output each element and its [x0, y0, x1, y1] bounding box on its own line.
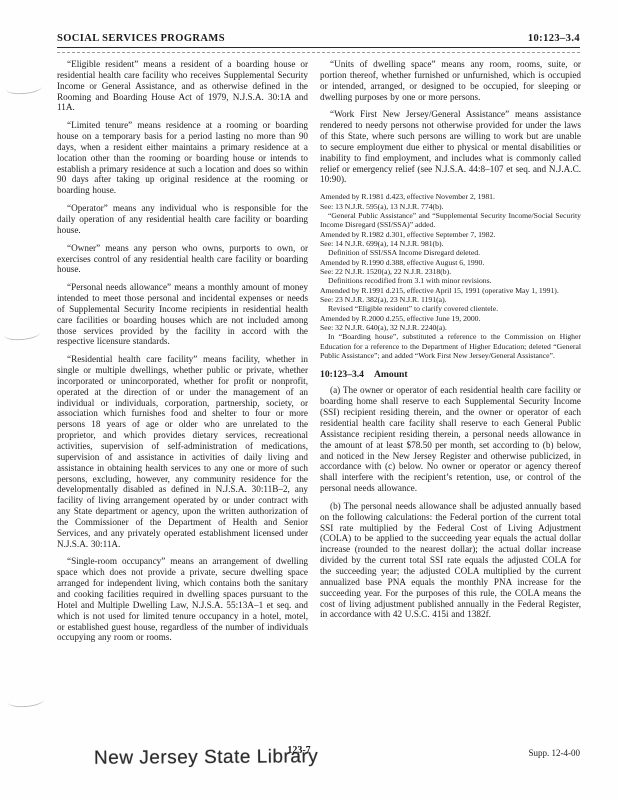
- definition-residential-health-care-facility: “Residential health care facility” means…: [57, 354, 308, 549]
- definition-eligible-resident: “Eligible resident” means a resident of …: [57, 59, 308, 113]
- section-paragraph-b: (b) The personal needs allowance shall b…: [320, 501, 581, 620]
- definition-limited-tenure: “Limited tenure” means residence at a ro…: [57, 120, 308, 196]
- page-header: SOCIAL SERVICES PROGRAMS 10:123–3.4: [57, 33, 580, 48]
- definition-single-room-occupancy: “Single-room occupancy” means an arrange…: [57, 556, 308, 643]
- history-line: Definition of SSI/SSA Income Disregard d…: [320, 248, 581, 257]
- section-paragraph-a: (a) The owner or operator of each reside…: [320, 385, 581, 493]
- pencil-mark: [6, 80, 43, 95]
- section-title: Amount: [374, 369, 408, 380]
- history-line: Amended by R.1982 d.301, effective Septe…: [320, 230, 581, 239]
- history-line: See: 32 N.J.R. 640(a), 32 N.J.R. 2240(a)…: [320, 323, 581, 332]
- history-line: See: 14 N.J.R. 699(a), 14 N.J.R. 981(b).: [320, 239, 581, 248]
- history-line: See: 13 N.J.R. 595(a), 13 N.J.R. 774(b).: [320, 202, 581, 211]
- history-line: “General Public Assistance” and “Supplem…: [320, 211, 581, 230]
- document-page: SOCIAL SERVICES PROGRAMS 10:123–3.4 “Eli…: [0, 0, 618, 800]
- definition-operator: “Operator” means any individual who is r…: [57, 203, 308, 236]
- section-heading: 10:123–3.4Amount: [320, 369, 581, 380]
- history-line: Amended by R.1990 d.388, effective Augus…: [320, 258, 581, 267]
- definition-owner: “Owner” means any person who owns, purpo…: [57, 243, 308, 276]
- history-line: See: 22 N.J.R. 1520(a), 22 N.J.R. 2318(b…: [320, 267, 581, 276]
- history-line: In “Boarding house”, substituted a refer…: [320, 332, 581, 360]
- header-citation: 10:123–3.4: [528, 33, 580, 44]
- pencil-mark: [8, 693, 45, 708]
- amendment-history: Amended by R.1981 d.423, effective Novem…: [320, 192, 581, 360]
- definition-units-of-dwelling-space: “Units of dwelling space” means any room…: [320, 59, 581, 102]
- history-line: Amended by R.1981 d.423, effective Novem…: [320, 192, 581, 201]
- history-line: See: 23 N.J.R. 382(a), 23 N.J.R. 1191(a)…: [320, 295, 581, 304]
- header-rule: [57, 52, 580, 53]
- definition-personal-needs-allowance: “Personal needs allowance” means a month…: [57, 282, 308, 347]
- history-line: Definitions recodified from 3.1 with min…: [320, 276, 581, 285]
- header-title: SOCIAL SERVICES PROGRAMS: [57, 33, 225, 44]
- supplement-date: Supp. 12-4-00: [529, 748, 581, 758]
- history-line: Amended by R.1991 d.215, effective April…: [320, 286, 581, 295]
- page-number: 123-7: [0, 745, 608, 756]
- definition-work-first-nj: “Work First New Jersey/General Assistanc…: [320, 109, 581, 185]
- history-line: Revised “Eligible resident” to clarify c…: [320, 304, 581, 313]
- section-number: 10:123–3.4: [320, 369, 364, 380]
- left-column: “Eligible resident” means a resident of …: [57, 59, 308, 650]
- right-column: “Units of dwelling space” means any room…: [320, 59, 581, 650]
- text-columns: “Eligible resident” means a resident of …: [57, 59, 581, 650]
- history-line: Amended by R.2000 d.255, effective June …: [320, 314, 581, 323]
- pencil-mark: [4, 326, 41, 341]
